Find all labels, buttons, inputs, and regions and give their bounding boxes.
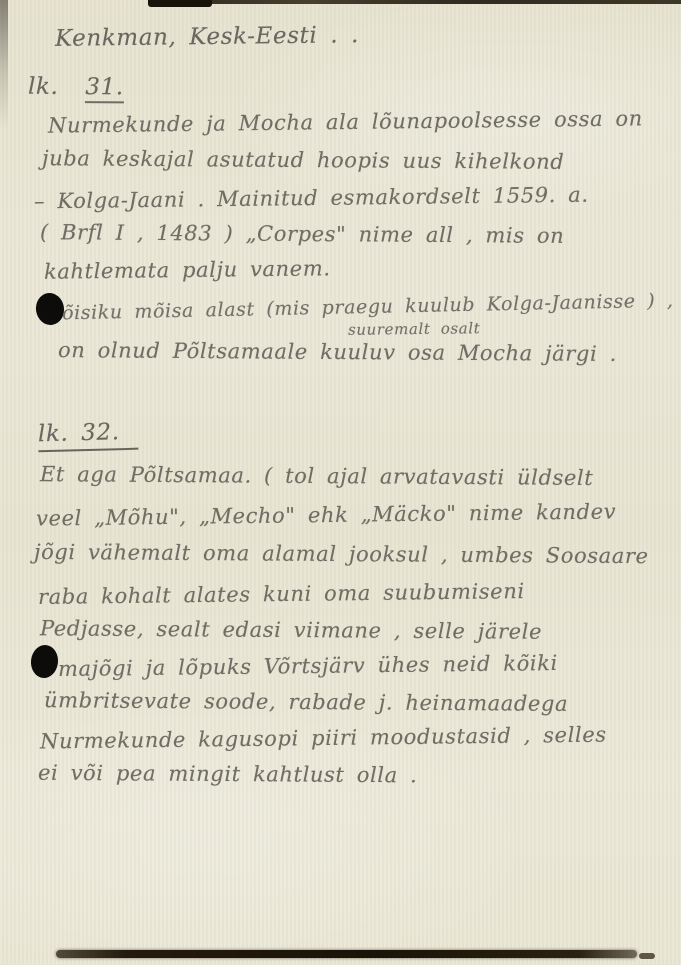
page-ref-31: lk. 31.	[28, 74, 124, 101]
page-ref-31-number: 31.	[85, 74, 124, 103]
handwritten-line: kahtlemata palju vanem.	[44, 256, 331, 283]
handwritten-line: – Kolga-Jaani . Mainitud esmakordselt 15…	[34, 183, 589, 214]
handwritten-line: veel „Mõhu", „Mecho" ehk „Mäcko" nime ka…	[36, 499, 616, 530]
handwritten-line: Pedjasse, sealt edasi viimane , selle jä…	[40, 616, 542, 644]
handwritten-line: õisiku mõisa alast (mis praegu kuulub Ko…	[62, 290, 674, 325]
handwritten-line: ümbritsevate soode, rabade j. heinamaade…	[44, 688, 568, 716]
scan-edge-left	[0, 0, 8, 130]
ink-blot-icon	[29, 644, 59, 680]
page-ref-32-label: lk. 32.	[38, 419, 138, 453]
scanned-document-page: Kenkman, Kesk-Eesti . . lk. 31. Nurmekun…	[0, 0, 681, 965]
handwritten-line: ( Brfl I , 1483 ) „Corpes" nime all , mi…	[40, 220, 564, 248]
page-ref-31-prefix: lk.	[28, 74, 59, 100]
scan-edge-bottom-tail	[639, 953, 655, 959]
handwritten-line: Nurmekunde ja Mocha ala lõunapoolsesse o…	[48, 106, 643, 137]
page-ref-32: lk. 32.	[38, 420, 138, 451]
interlinear-insertion: suuremalt osalt	[348, 319, 481, 339]
handwritten-line: jõgi vähemalt oma alamal jooksul , umbes…	[34, 540, 649, 568]
handwritten-line: raba kohalt alates kuni oma suubumiseni	[38, 579, 525, 609]
handwritten-line: majõgi ja lõpuks Võrtsjärv ühes neid kõi…	[58, 651, 558, 681]
scan-edge-bottom	[56, 950, 637, 958]
scan-edge-top-notch	[148, 0, 212, 7]
handwritten-line: juba keskajal asutatud hoopis uus kihelk…	[42, 146, 564, 174]
handwritten-line: on olnud Põltsamaale kuuluv osa Mocha jä…	[58, 338, 617, 366]
title-line: Kenkman, Kesk-Eesti . .	[55, 22, 359, 52]
handwritten-line: Nurmekunde kagusopi piiri moodustasid , …	[40, 723, 607, 754]
scan-edge-top	[148, 0, 681, 4]
handwritten-line: ei või pea mingit kahtlust olla .	[38, 761, 417, 788]
handwritten-line: Et aga Põltsamaa. ( tol ajal arvatavasti…	[40, 462, 593, 490]
